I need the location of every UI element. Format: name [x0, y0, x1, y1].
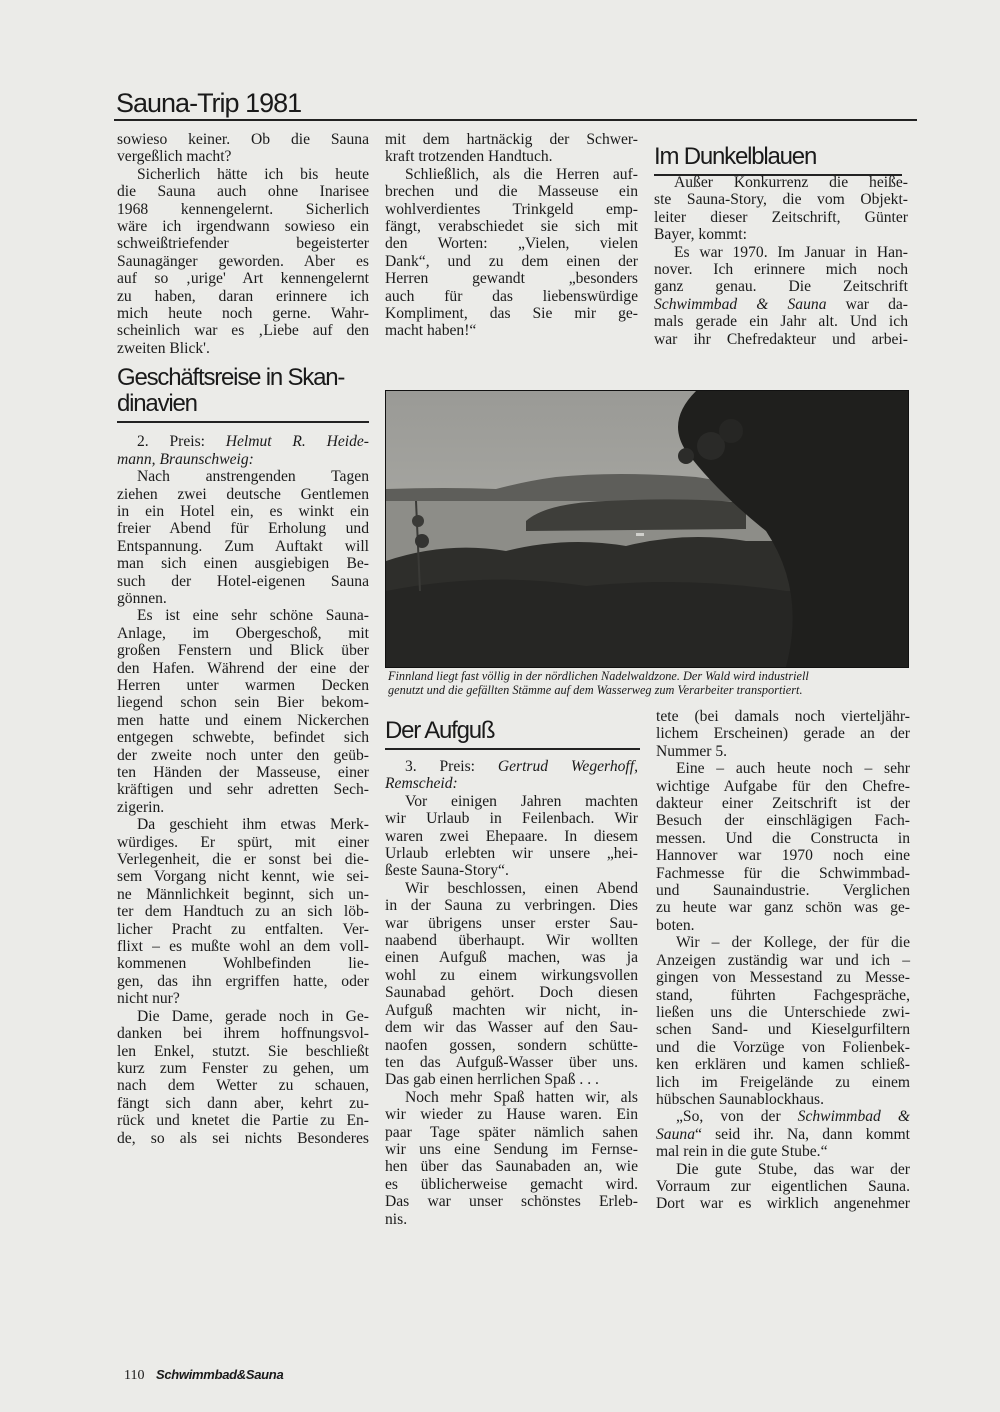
text-line: hübschen Saunablockhaus.	[656, 1091, 910, 1108]
prize-line: Remscheid:	[385, 775, 638, 792]
text-line: Dank“, und zu dem einen der	[385, 253, 638, 270]
text-line: mals gerade ein Jahr alt. Und ich	[654, 313, 908, 330]
text-line: ten das Aufguß-Wasser über uns.	[385, 1054, 638, 1071]
text-line: hen über das Saunabaden an, wie	[385, 1158, 638, 1175]
text-line: Es war 1970. Im Januar in Han-	[654, 244, 908, 261]
text-line: freier Abend für Erholung und	[117, 520, 369, 537]
text-line: 1968 kennengelernt. Sicherlich	[117, 201, 369, 218]
prize-line: 3. Preis: Gertrud Wegerhoff,	[385, 758, 638, 775]
prize-line: 2. Preis: Helmut R. Heide-	[117, 433, 369, 450]
text-line: dakteur einer Zeitschrift ist der	[656, 795, 910, 812]
text-line: Sicherlich hätte ich bis heute	[117, 166, 369, 183]
magazine-brand: Schwimmbad&Sauna	[156, 1367, 283, 1382]
text-line: ließen uns die Unterschiede zwi-	[656, 1004, 910, 1021]
column-1: sowieso keiner. Ob die Sauna vergeßlich …	[117, 131, 369, 1147]
winner-city: Remscheid:	[385, 775, 458, 792]
text-line: Schwimmbad & Sauna war da-	[654, 296, 908, 313]
text-line: auch für das liebenswürdige	[385, 288, 638, 305]
text-line: es üblicherweise gemacht wird.	[385, 1176, 638, 1193]
text-line: wohl zu einem wirkungsvollen	[385, 967, 638, 984]
magazine-name: Schwimmbad &	[798, 1108, 910, 1125]
text-line: kraft trotzenden Handtuch.	[385, 148, 638, 165]
text-line: auf so ‚urige' Art kennengelernt	[117, 270, 369, 287]
text-fragment: „So, von der	[676, 1108, 798, 1125]
text-line: Saunabad gehört. Doch diesen	[385, 984, 638, 1001]
text-line: ste Sauna-Story, die vom Objekt-	[654, 191, 908, 208]
text-line: schen Sand- und Kieselgurfiltern	[656, 1021, 910, 1038]
text-line: naofen gossen, sondern schütte-	[385, 1037, 638, 1054]
caption-line: genutzt und die gefällten Stämme auf dem…	[388, 683, 908, 697]
text-line: mich heute noch gerne. Wahr-	[117, 305, 369, 322]
text-line: Die gute Stube, das war der	[656, 1161, 910, 1178]
text-line: Nach anstrengenden Tagen	[117, 468, 369, 485]
text-line: mal rein in die gute Stube.“	[656, 1143, 910, 1160]
text-line: len Enkel, stutzt. Sie beschließt	[117, 1043, 369, 1060]
text-line: Hannover war 1970 noch eine	[656, 847, 910, 864]
text-line: Wir beschlossen, einen Abend	[385, 880, 638, 897]
text-line: gingen von Messestand zu Messe-	[656, 969, 910, 986]
text-line: zigerin.	[117, 799, 369, 816]
text-line: war übrigens unser erster Sau-	[385, 915, 638, 932]
text-line: den Worten: „Vielen, vielen	[385, 235, 638, 252]
text-line: fängt sich dann aber, kehrt zu-	[117, 1095, 369, 1112]
text-line: lich im Freigelände zu einem	[656, 1074, 910, 1091]
text-line: war ihr Chefredakteur und arbei-	[654, 331, 908, 348]
text-line: Eine – auch heute noch – sehr	[656, 760, 910, 777]
text-line: ten Händen der Masseuse, einer	[117, 764, 369, 781]
text-line: ßeste Sauna-Story“.	[385, 862, 638, 879]
text-line: nicht nur?	[117, 990, 369, 1007]
text-line: flixt – es mußte wohl an dem voll-	[117, 938, 369, 955]
text-line: kurz zum Fenster zu gehen, um	[117, 1060, 369, 1077]
text-line: Schließlich, als die Herren auf-	[385, 166, 638, 183]
page-header-title: Sauna-Trip 1981	[116, 88, 301, 119]
text-line: mit dem hartnäckig der Schwer-	[385, 131, 638, 148]
text-line: wohlverdientes Trinkgeld emp-	[385, 201, 638, 218]
text-line: Anlage, im Obergeschoß, mit	[117, 625, 369, 642]
text-line: naabend überhaupt. Wir wollten	[385, 932, 638, 949]
winner-name: Helmut R. Heide-	[226, 433, 369, 450]
text-line: den Hafen. Während der eine der	[117, 660, 369, 677]
text-line: Vorraum zur eigentlichen Sauna.	[656, 1178, 910, 1195]
text-line: Dort war es wirklich angenehmer	[656, 1195, 910, 1212]
column-3-bottom: tete (bei damals noch vierteljähr- liche…	[656, 708, 910, 1213]
text-line: kommenen Wohlbefinden lie-	[117, 955, 369, 972]
text-line: such der Hotel-eigenen Sauna	[117, 573, 369, 590]
text-line: wäre ich irgendwann sowieso ein	[117, 218, 369, 235]
text-line: brechen und die Masseuse ein	[385, 183, 638, 200]
header-rule	[114, 119, 917, 121]
text-line: Außer Konkurrenz die heiße-	[654, 174, 908, 191]
text-line: und Saunaindustrie. Verglichen	[656, 882, 910, 899]
text-line: gönnen.	[117, 590, 369, 607]
text-line: zweiten Blick'.	[117, 340, 369, 357]
text-line: großen Fenstern und Blick über	[117, 642, 369, 659]
text-line: die Sauna auch ohne Inarisee	[117, 183, 369, 200]
text-line: Noch mehr Spaß hatten wir, als	[385, 1089, 638, 1106]
text-line: der zweite noch unter den geüb-	[117, 747, 369, 764]
text-line: vergeßlich macht?	[117, 148, 369, 165]
text-fragment: “ seid ihr. Na, dann kommt	[695, 1126, 910, 1143]
winner-city: mann, Braunschweig:	[117, 451, 254, 468]
text-line: rück und knetet die Partie zu En-	[117, 1112, 369, 1129]
landscape-photo	[385, 390, 909, 668]
text-line: Das war unser schönstes Erleb-	[385, 1193, 638, 1210]
text-line: ziehen zwei deutsche Gentlemen	[117, 486, 369, 503]
text-line: Nummer 5.	[656, 743, 910, 760]
prize-label: 2. Preis:	[137, 433, 226, 450]
text-line: wir wieder zu Hause waren. Ein	[385, 1106, 638, 1123]
column-3-top: Außer Konkurrenz die heiße- ste Sauna-St…	[654, 174, 908, 348]
text-line: Da geschieht ihm etwas Merk-	[117, 816, 369, 833]
text-line: lichem Erscheinen) gerade an der	[656, 725, 910, 742]
text-line: schweißtriefender begeisterter	[117, 235, 369, 252]
text-line: de, so als sei nichts Besonderes	[117, 1130, 369, 1147]
column-2-top: mit dem hartnäckig der Schwer- kraft tro…	[385, 131, 638, 340]
text-line: Aufguß machten wir nicht, in-	[385, 1002, 638, 1019]
section-heading-geschaeftsreise: Geschäftsreise in Skan- dinavien	[117, 365, 369, 423]
text-line: Herren unter warmen Decken	[117, 677, 369, 694]
text-line: boten.	[656, 917, 910, 934]
text-line: kräftigen und sehr adretten Sech-	[117, 781, 369, 798]
text-line: fängt, verabschiedet sie sich mit	[385, 218, 638, 235]
text-line: wir Urlaub in Feilenbach. Wir	[385, 810, 638, 827]
text-line: „So, von der Schwimmbad &	[656, 1108, 910, 1125]
text-line: paar Tage später nämlich sahen	[385, 1124, 638, 1141]
text-line: und die Vorzüge von Folienbek-	[656, 1039, 910, 1056]
photo-caption: Finnland liegt fast völlig in der nördli…	[388, 669, 908, 697]
page-number: 110	[124, 1368, 144, 1383]
text-line: tete (bei damals noch vierteljähr-	[656, 708, 910, 725]
finnish-lake-photo-illustration	[386, 391, 908, 667]
text-line: leiter dieser Zeitschrift, Günter	[654, 209, 908, 226]
text-line: liegend schon sein Bier bekom-	[117, 694, 369, 711]
section-heading-im-dunkelblauen: Im Dunkelblauen	[654, 144, 902, 176]
text-line: men hatte und einem Nickerchen	[117, 712, 369, 729]
text-line: Bayer, kommt:	[654, 226, 908, 243]
text-line: scheinlich war es ‚Liebe auf den	[117, 322, 369, 339]
text-line: nover. Ich erinnere mich noch	[654, 261, 908, 278]
text-line: danken bei ihrem hoffnungsvol-	[117, 1025, 369, 1042]
text-line: in ein Hotel ein, es winkt ein	[117, 503, 369, 520]
text-line: sowieso keiner. Ob die Sauna	[117, 131, 369, 148]
text-line: macht haben!“	[385, 322, 638, 339]
text-line: zu heute war ganz schön was ge-	[656, 899, 910, 916]
text-line: wir uns eine Sendung im Fernse-	[385, 1141, 638, 1158]
magazine-name: Schwimmbad & Sauna	[654, 296, 827, 313]
text-line: waren zwei Ehepaare. In diesem	[385, 828, 638, 845]
page-footer: 110 Schwimmbad&Sauna	[124, 1367, 283, 1384]
magazine-name: Sauna	[656, 1126, 695, 1143]
text-line: Verlegenheit, die er sonst bei die-	[117, 851, 369, 868]
text-line: Es ist eine sehr schöne Sauna-	[117, 607, 369, 624]
text-line: ne Männlichkeit beginnt, sich un-	[117, 886, 369, 903]
text-line: sem Vorgang nicht kennt, wie sei-	[117, 868, 369, 885]
text-line: nis.	[385, 1211, 638, 1228]
text-line: entgegen schwebte, befindet sich	[117, 729, 369, 746]
text-line: Wir – der Kollege, der für die	[656, 934, 910, 951]
text-line: licher Pracht zu entfalten. Ver-	[117, 921, 369, 938]
text-line: Das gab einen herrlichen Spaß . . .	[385, 1071, 638, 1088]
text-line: Sauna“ seid ihr. Na, dann kommt	[656, 1126, 910, 1143]
prize-label: 3. Preis:	[405, 758, 498, 775]
text-line: Fachmesse für die Schwimmbad-	[656, 865, 910, 882]
prize-line: mann, Braunschweig:	[117, 451, 369, 468]
text-fragment: war da-	[827, 296, 909, 313]
text-line: ken erklären und kamen schließ-	[656, 1056, 910, 1073]
text-line: messen. Und die Constructa in	[656, 830, 910, 847]
text-line: einen Aufguß machen, was ja	[385, 949, 638, 966]
caption-line: Finnland liegt fast völlig in der nördli…	[388, 669, 908, 683]
heading-line: Geschäftsreise in Skan-	[117, 365, 369, 391]
text-line: Anzeigen zuständig war und ich –	[656, 952, 910, 969]
text-line: Besuch der einschlägigen Fach-	[656, 812, 910, 829]
text-line: man sich einen ausgiebigen Be-	[117, 555, 369, 572]
text-line: Saunagänger geworden. Aber es	[117, 253, 369, 270]
text-line: würdiges. Er spürt, mit einer	[117, 834, 369, 851]
text-line: Vor einigen Jahren machten	[385, 793, 638, 810]
text-line: in der Sauna zu verbringen. Dies	[385, 897, 638, 914]
text-line: ter dem Handtuch zu an sich löb-	[117, 903, 369, 920]
text-line: Kompliment, das Sie mir ge-	[385, 305, 638, 322]
heading-line: dinavien	[117, 391, 369, 417]
text-line: Entspannung. Zum Auftakt will	[117, 538, 369, 555]
text-line: gen, das ihn ergriffen hatte, oder	[117, 973, 369, 990]
winner-name: Gertrud Wegerhoff,	[498, 758, 638, 775]
column-2-bottom: Der Aufguß 3. Preis: Gertrud Wegerhoff, …	[385, 718, 638, 1228]
text-line: wichtige Aufgabe für den Chefre-	[656, 778, 910, 795]
text-line: nach dem Wetter zu schauen,	[117, 1077, 369, 1094]
text-line: dem wir das Wasser auf den Sau-	[385, 1019, 638, 1036]
text-line: Herren gewandt „besonders	[385, 270, 638, 287]
text-line: stand, führten Fachgespräche,	[656, 987, 910, 1004]
text-line: Urlaub erlebten wir unsere „hei-	[385, 845, 638, 862]
text-line: zu haben, daran erinnere ich	[117, 288, 369, 305]
text-line: Die Dame, gerade noch in Ge-	[117, 1008, 369, 1025]
section-heading-der-aufguss: Der Aufguß	[385, 718, 640, 750]
text-line: ganz genau. Die Zeitschrift	[654, 278, 908, 295]
